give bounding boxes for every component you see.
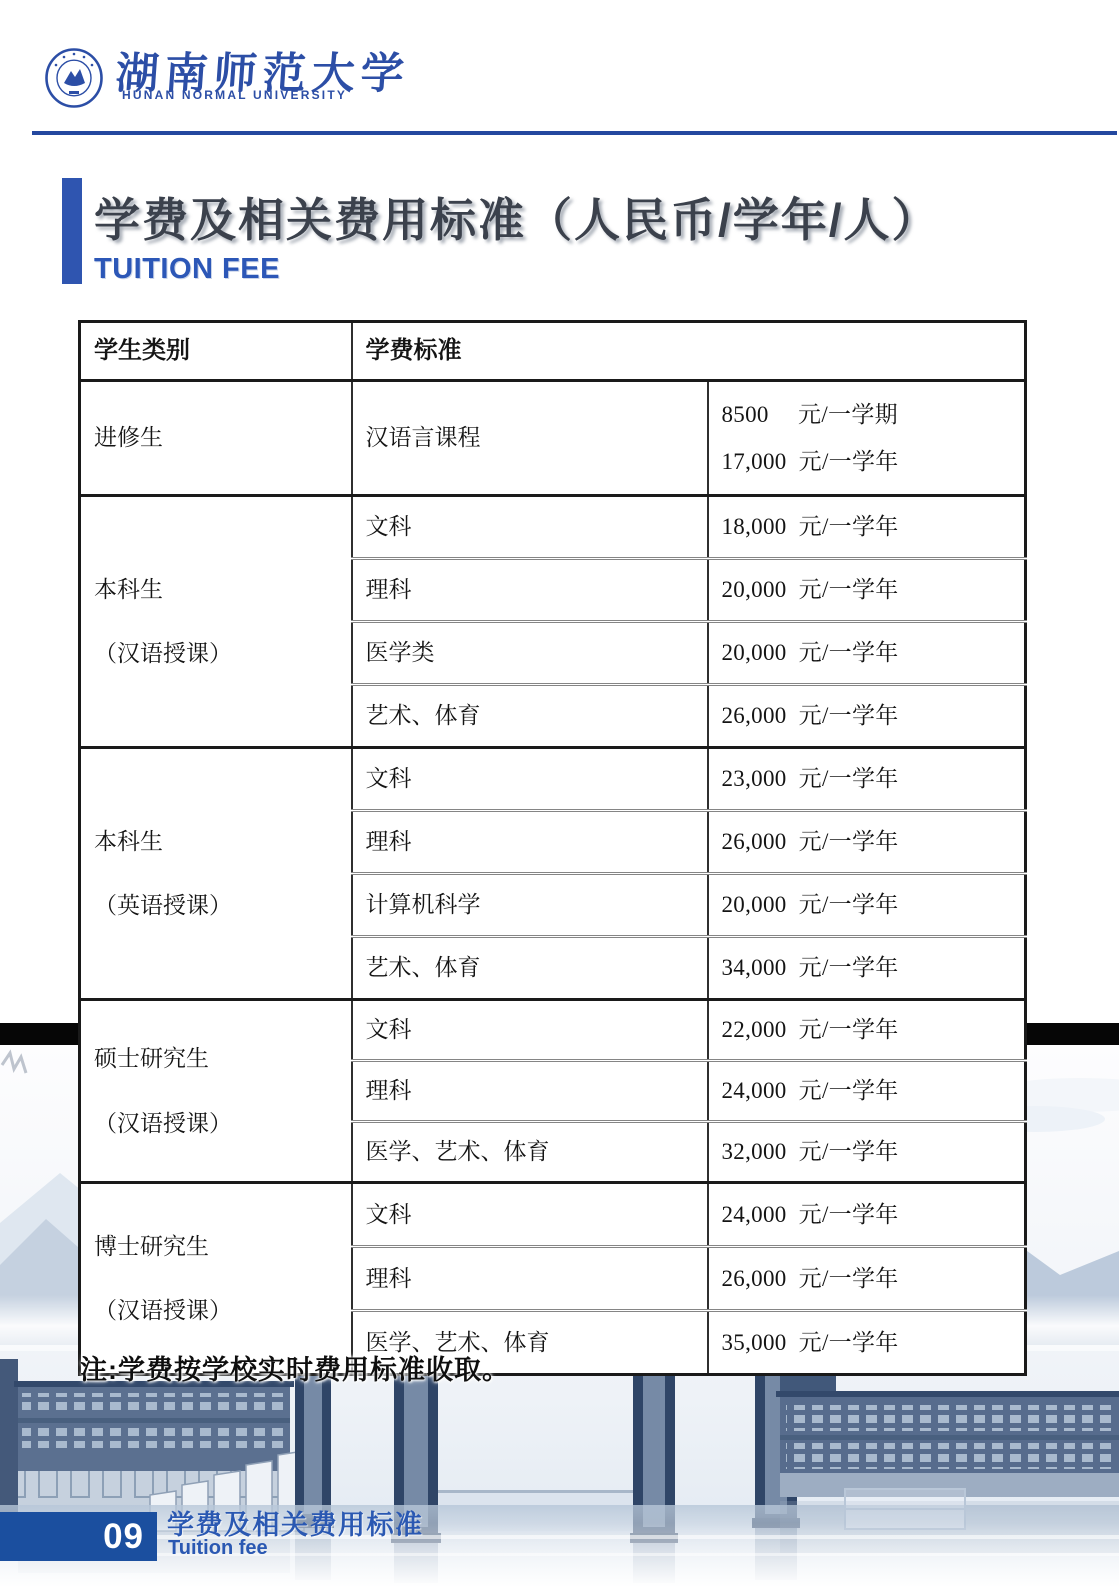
page-title: 学费及相关费用标准（人民币/学年/人）: [94, 184, 940, 250]
subject-cell: 理科: [352, 559, 708, 622]
subject-cell: 计算机科学: [352, 874, 708, 937]
fee-cell: 20,000 元/一学年: [708, 622, 1026, 685]
fee-cell: 26,000 元/一学年: [708, 685, 1026, 748]
university-name-en: HUNAN NORMAL UNIVERSITY: [122, 88, 347, 102]
fee-cell: 34,000 元/一学年: [708, 937, 1026, 1000]
category-cell: 硕士研究生 （汉语授课）: [80, 1000, 352, 1183]
table-row: 硕士研究生 （汉语授课） 文科 22,000 元/一学年: [80, 1000, 1026, 1061]
fee-cell: 26,000 元/一学年: [708, 1247, 1026, 1311]
page-number-box: 09: [0, 1512, 157, 1561]
footer-section-subtitle: Tuition fee: [168, 1537, 268, 1560]
subject-cell: 理科: [352, 1061, 708, 1122]
fee-cell: 20,000 元/一学年: [708, 874, 1026, 937]
fee-cell: 18,000 元/一学年: [708, 496, 1026, 559]
table-row: 博士研究生 （汉语授课） 文科 24,000 元/一学年: [80, 1183, 1026, 1247]
category-cell: 本科生 （英语授课）: [80, 748, 352, 1000]
tuition-table: 学生类别 学费标准 进修生 汉语言课程 8500 元/一学期 17,000 元/…: [78, 320, 1027, 1376]
fee-cell: 35,000 元/一学年: [708, 1311, 1026, 1375]
fee-cell: 20,000 元/一学年: [708, 559, 1026, 622]
note-text: 注:学费按学校实时费用标准收取。: [80, 1348, 510, 1387]
category-cell: 本科生 （汉语授课）: [80, 496, 352, 748]
fee-cell: 22,000 元/一学年: [708, 1000, 1026, 1061]
fee-cell: 26,000 元/一学年: [708, 811, 1026, 874]
page-subtitle: TUITION FEE: [94, 253, 280, 286]
subject-cell: 文科: [352, 1000, 708, 1061]
table-row: 进修生 汉语言课程 8500 元/一学期 17,000 元/一学年: [80, 381, 1026, 496]
header-divider-rule: [32, 131, 1117, 135]
category-cell: 博士研究生 （汉语授课）: [80, 1183, 352, 1375]
subject-cell: 艺术、体育: [352, 685, 708, 748]
subject-cell: 文科: [352, 496, 708, 559]
subject-cell: 医学、艺术、体育: [352, 1122, 708, 1183]
page-number: 09: [103, 1517, 144, 1557]
subject-cell: 医学类: [352, 622, 708, 685]
fee-cell: 24,000 元/一学年: [708, 1183, 1026, 1247]
table-row: 本科生 （英语授课） 文科 23,000 元/一学年: [80, 748, 1026, 811]
title-accent-bar: [62, 178, 82, 284]
university-seal: [44, 47, 104, 109]
subject-cell: 文科: [352, 1183, 708, 1247]
category-cell: 进修生: [80, 381, 352, 496]
page: 湖南师范大学 HUNAN NORMAL UNIVERSITY 学费及相关费用标准…: [0, 0, 1119, 1587]
fee-cell: 23,000 元/一学年: [708, 748, 1026, 811]
subject-cell: 理科: [352, 1247, 708, 1311]
table-header-row: 学生类别 学费标准: [80, 322, 1026, 381]
subject-cell: 文科: [352, 748, 708, 811]
table-row: 本科生 （汉语授课） 文科 18,000 元/一学年: [80, 496, 1026, 559]
fee-cell: 24,000 元/一学年: [708, 1061, 1026, 1122]
subject-cell: 理科: [352, 811, 708, 874]
fee-cell: 32,000 元/一学年: [708, 1122, 1026, 1183]
subject-cell: 汉语言课程: [352, 381, 708, 496]
col-header-fee: 学费标准: [352, 322, 1026, 381]
fee-cell: 8500 元/一学期 17,000 元/一学年: [708, 381, 1026, 496]
subject-cell: 艺术、体育: [352, 937, 708, 1000]
col-header-category: 学生类别: [80, 322, 352, 381]
